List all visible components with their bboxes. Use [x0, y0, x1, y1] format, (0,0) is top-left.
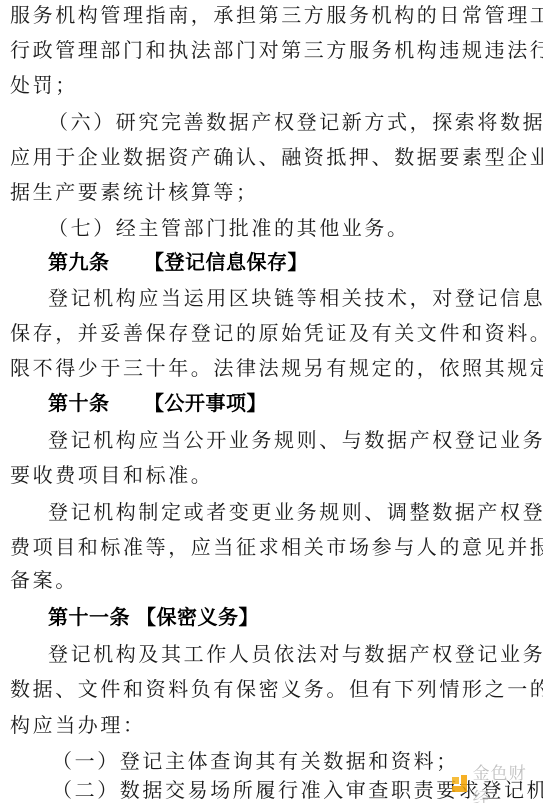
text-line: 限不得少于三十年。法律法规另有规定的，依照其规定。	[10, 355, 538, 381]
text-line: 应用于企业数据资产确认、融资抵押、数据要素型企业认定和数	[10, 144, 538, 170]
text-line: 登记机构制定或者变更业务规则、调整数据产权登记主要收	[48, 499, 538, 525]
text-line: 服务机构管理指南，承担第三方服务机构的日常管理工作，配合	[10, 2, 538, 28]
article-title: 【保密义务】	[136, 605, 259, 629]
text-line: 据生产要素统计核算等；	[10, 179, 538, 205]
text-line: 登记机构应当运用区块链等相关技术，对登记信息进行上链	[48, 285, 538, 311]
article-number: 第九条	[48, 249, 144, 275]
document-page: 服务机构管理指南，承担第三方服务机构的日常管理工作，配合行政管理部门和执法部门对…	[0, 0, 543, 803]
text-line: （六）研究完善数据产权登记新方式，探索将数据要素登记	[48, 109, 538, 135]
watermark-text: 金色财经	[473, 759, 543, 803]
text-line: 登记机构及其工作人员依法对与数据产权登记业务有关的	[48, 641, 538, 667]
text-line: 处罚；	[10, 72, 538, 98]
text-line: 保存，并妥善保存登记的原始凭证及有关文件和资料。其保存期	[10, 320, 538, 346]
watermark: 金色财经	[452, 773, 543, 795]
text-line: 行政管理部门和执法部门对第三方服务机构违规违法行为进行	[10, 37, 538, 63]
jinse-logo-icon	[452, 775, 470, 793]
text-line: 要收费项目和标准。	[10, 462, 538, 488]
article-title: 【公开事项】	[144, 391, 267, 415]
text-line: 费项目和标准等，应当征求相关市场参与人的意见并报主管部门	[10, 534, 538, 560]
text-line: 数据、文件和资料负有保密义务。但有下列情形之一的，登记机	[10, 676, 538, 702]
text-line: （一）登记主体查询其有关数据和资料；	[52, 748, 543, 774]
article-title: 【登记信息保存】	[144, 250, 308, 274]
text-line: （七）经主管部门批准的其他业务。	[48, 215, 538, 241]
text-line: 备案。	[10, 567, 538, 593]
article-number: 第十条	[48, 390, 144, 416]
article-heading: 第九条【登记信息保存】	[48, 249, 538, 275]
text-line: 构应当办理：	[10, 712, 538, 738]
article-number: 第十一条	[48, 604, 136, 630]
article-heading: 第十条【公开事项】	[48, 390, 538, 416]
article-heading: 第十一条【保密义务】	[48, 604, 538, 630]
text-line: 登记机构应当公开业务规则、与数据产权登记业务有关的主	[48, 427, 538, 453]
